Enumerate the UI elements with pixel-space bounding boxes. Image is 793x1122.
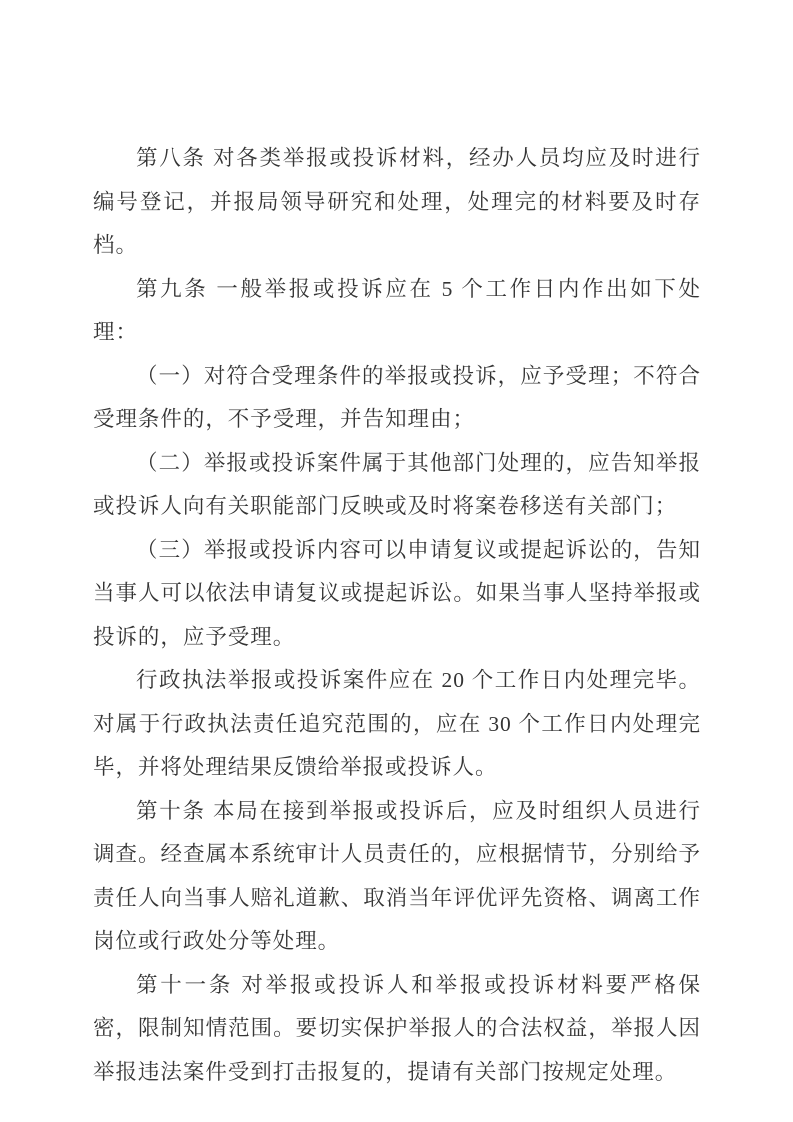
paragraph-article-10: 第十条 本局在接到举报或投诉后，应及时组织人员进行调查。经查属本系统审计人员责任…: [93, 790, 701, 964]
paragraph-article-11: 第十一条 对举报或投诉人和举报或投诉材料要严格保密，限制知情范围。要切实保护举报…: [93, 964, 701, 1095]
document-page: 第八条 对各类举报或投诉材料，经办人员均应及时进行编号登记，并报局领导研究和处理…: [0, 0, 793, 1122]
paragraph-article-9-item-2: （二）举报或投诉案件属于其他部门处理的，应告知举报或投诉人向有关职能部门反映或及…: [93, 442, 701, 529]
paragraph-article-9-closing: 行政执法举报或投诉案件应在 20 个工作日内处理完毕。对属于行政执法责任追究范围…: [93, 659, 701, 790]
paragraph-article-9-item-1: （一）对符合受理条件的举报或投诉，应予受理；不符合受理条件的，不予受理，并告知理…: [93, 355, 701, 442]
document-text-block: 第八条 对各类举报或投诉材料，经办人员均应及时进行编号登记，并报局领导研究和处理…: [93, 137, 701, 1094]
paragraph-article-8: 第八条 对各类举报或投诉材料，经办人员均应及时进行编号登记，并报局领导研究和处理…: [93, 137, 701, 268]
paragraph-article-9-item-3: （三）举报或投诉内容可以申请复议或提起诉讼的，告知当事人可以依法申请复议或提起诉…: [93, 529, 701, 660]
paragraph-article-9: 第九条 一般举报或投诉应在 5 个工作日内作出如下处理：: [93, 268, 701, 355]
